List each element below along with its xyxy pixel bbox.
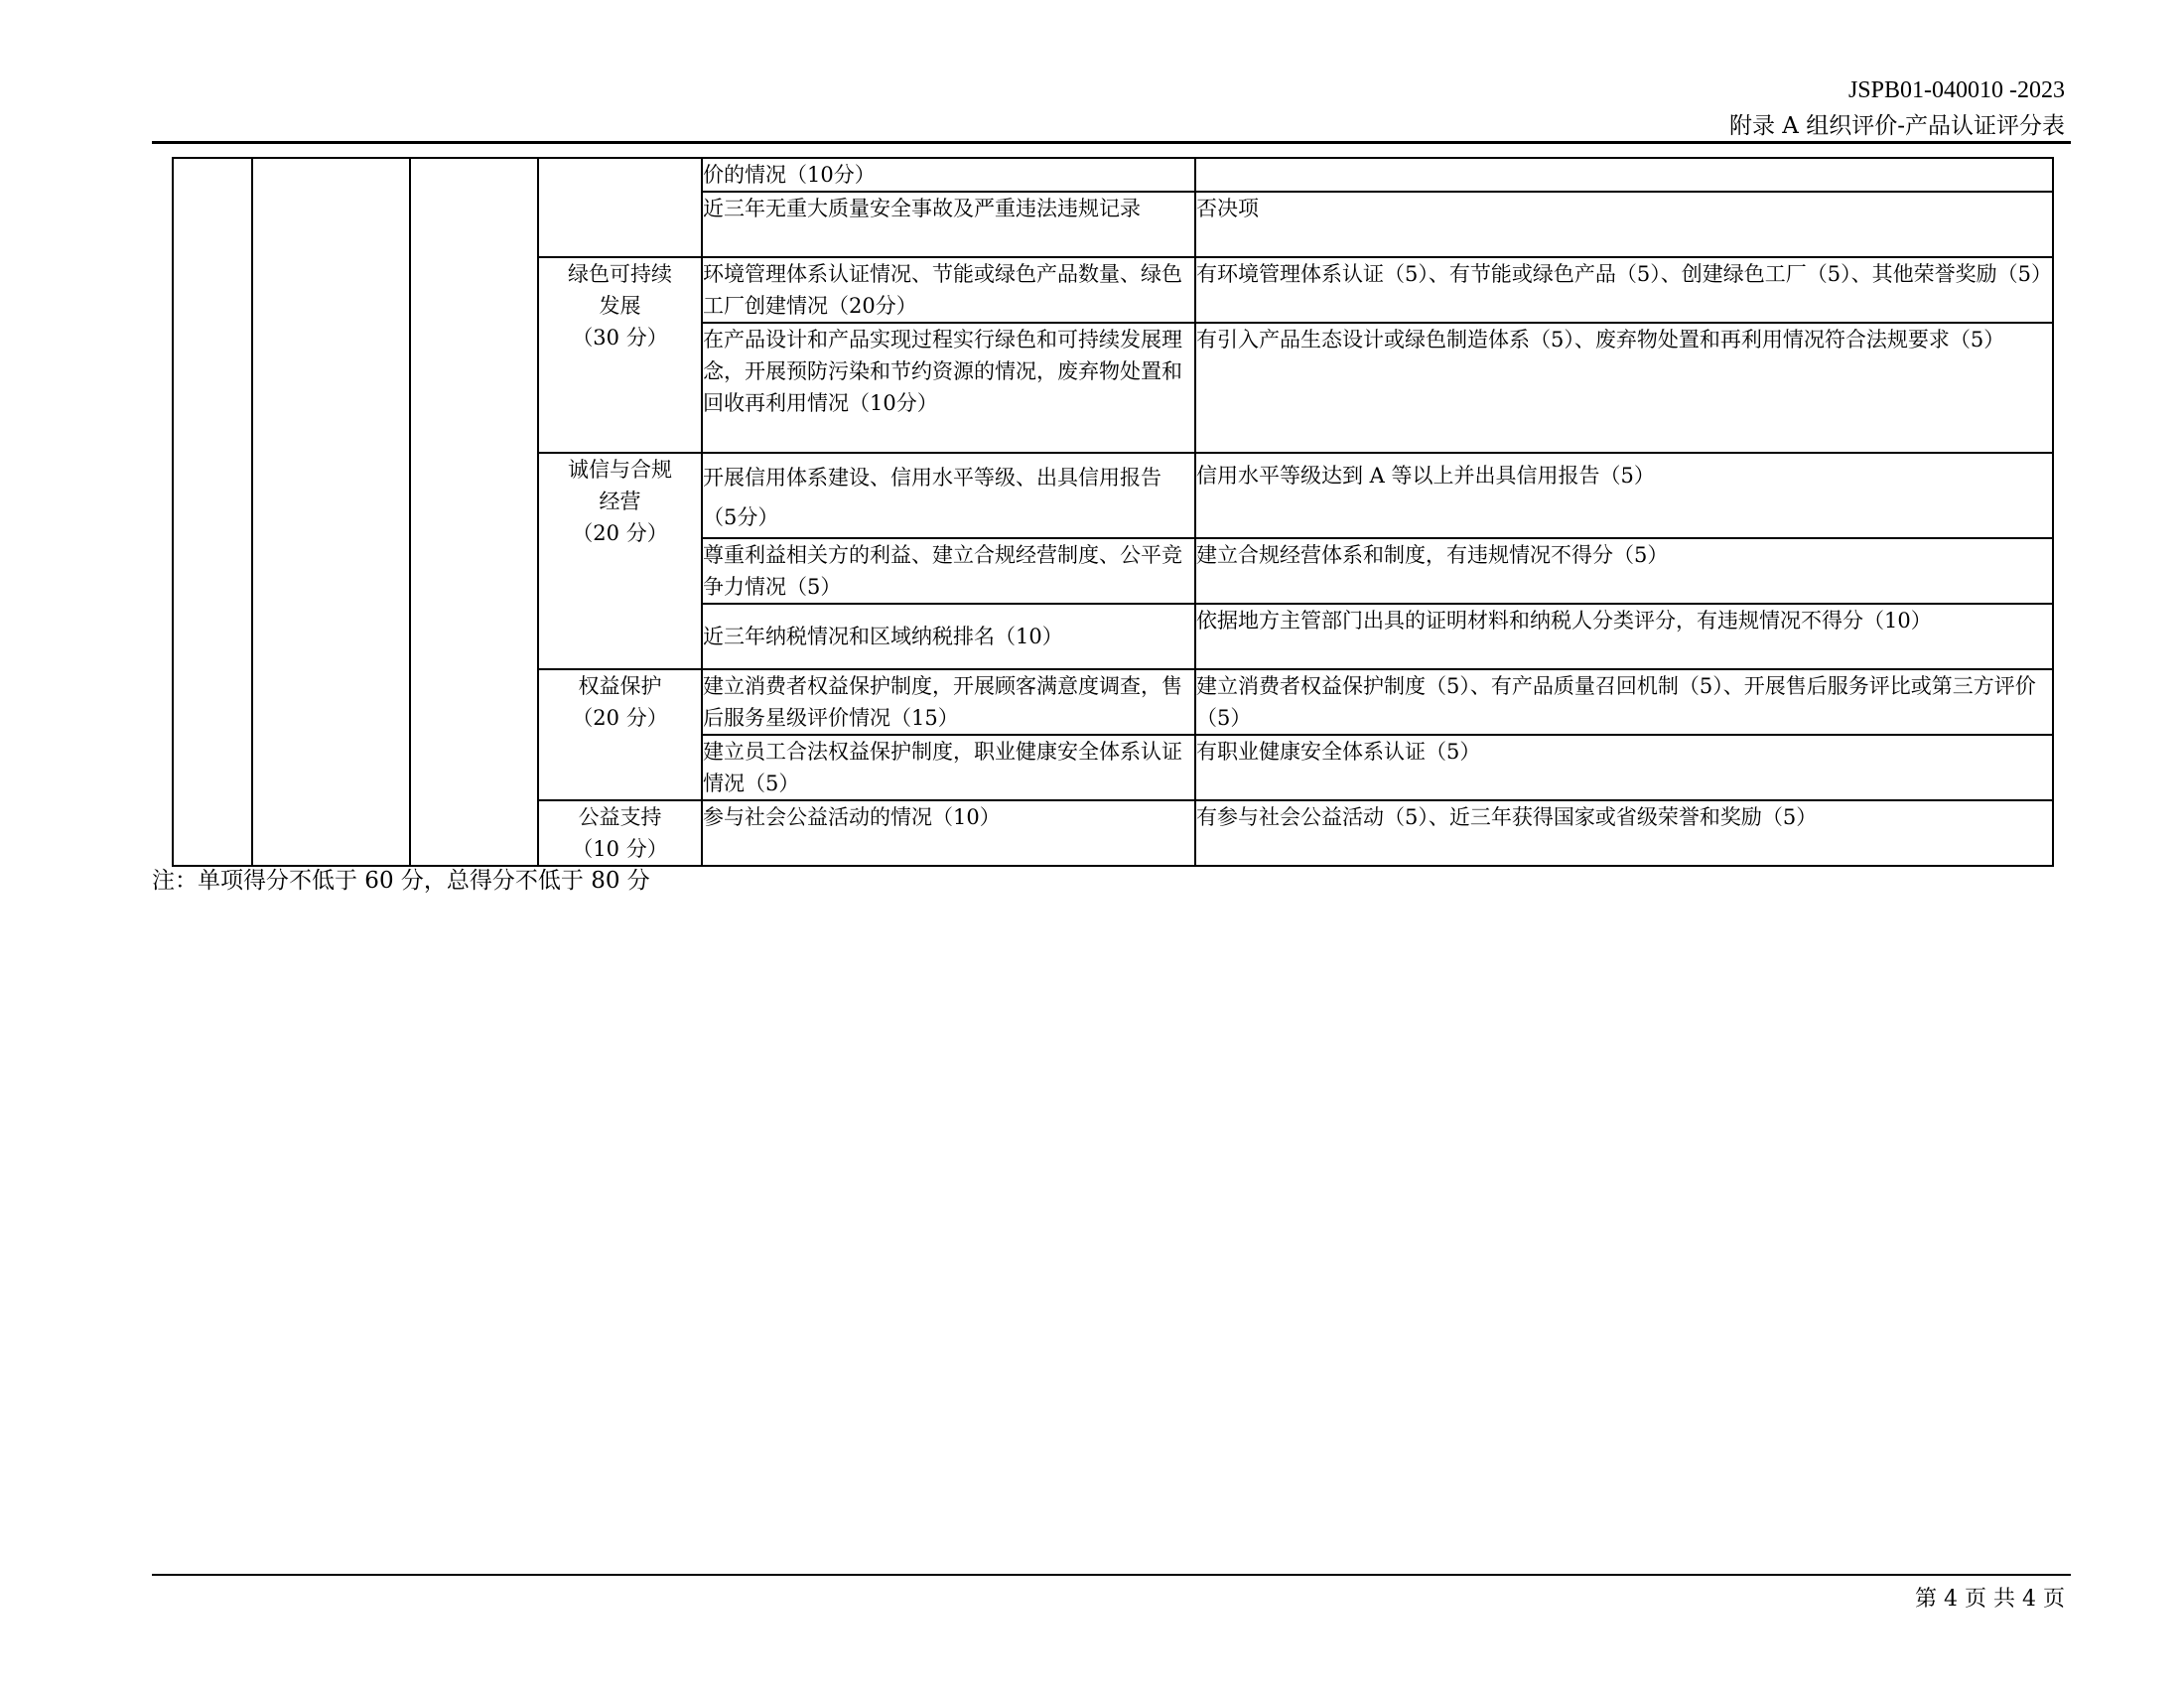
item-cell: 尊重利益相关方的利益、建立合规经营制度、公平竞争力情况（5）: [702, 538, 1195, 604]
item-cell: 近三年无重大质量安全事故及严重违法违规记录: [702, 192, 1195, 257]
category-line: （20 分）: [539, 517, 701, 549]
category-line: （20 分）: [539, 702, 701, 734]
item-cell: 环境管理体系认证情况、节能或绿色产品数量、绿色工厂创建情况（20分）: [702, 257, 1195, 323]
criteria-cell: 有参与社会公益活动（5）、近三年获得国家或省级荣誉和奖励（5）: [1195, 800, 2053, 866]
category-line: 诚信与合规: [539, 454, 701, 486]
category-cell: 权益保护 （20 分）: [538, 669, 702, 800]
blank-cell-col3: [410, 158, 538, 866]
table-row: 价的情况（10分）: [173, 158, 2053, 192]
item-cell: 在产品设计和产品实现过程实行绿色和可持续发展理念，开展预防污染和节约资源的情况，…: [702, 323, 1195, 453]
category-line: （30 分）: [539, 322, 701, 353]
item-cell: 建立员工合法权益保护制度，职业健康安全体系认证情况（5）: [702, 735, 1195, 800]
item-cell: 参与社会公益活动的情况（10）: [702, 800, 1195, 866]
header-divider: [152, 141, 2071, 144]
category-line: 公益支持: [539, 801, 701, 833]
document-code: JSPB01-040010 -2023: [1848, 77, 2065, 104]
item-cell: 开展信用体系建设、信用水平等级、出具信用报告（5分）: [702, 453, 1195, 538]
criteria-cell: 有引入产品生态设计或绿色制造体系（5）、废弃物处置和再利用情况符合法规要求（5）: [1195, 323, 2053, 453]
category-line: 权益保护: [539, 670, 701, 702]
document-title: 附录 A 组织评价-产品认证评分表: [1729, 107, 2065, 140]
item-cell: 近三年纳税情况和区域纳税排名（10）: [702, 604, 1195, 669]
criteria-cell: 建立合规经营体系和制度，有违规情况不得分（5）: [1195, 538, 2053, 604]
category-cell: 绿色可持续 发展 （30 分）: [538, 257, 702, 453]
criteria-cell: 有环境管理体系认证（5）、有节能或绿色产品（5）、创建绿色工厂（5）、其他荣誉奖…: [1195, 257, 2053, 323]
criteria-cell: 依据地方主管部门出具的证明材料和纳税人分类评分，有违规情况不得分（10）: [1195, 604, 2053, 669]
category-cell: 诚信与合规 经营 （20 分）: [538, 453, 702, 669]
criteria-cell: 否决项: [1195, 192, 2053, 257]
item-text: 开展信用体系建设、信用水平等级、出具信用报告（5分）: [703, 466, 1161, 529]
footer-divider: [152, 1574, 2071, 1576]
category-line: 绿色可持续: [539, 258, 701, 290]
blank-cell-col2: [252, 158, 410, 866]
criteria-cell: 建立消费者权益保护制度（5）、有产品质量召回机制（5）、开展售后服务评比或第三方…: [1195, 669, 2053, 735]
scoring-table: 价的情况（10分） 近三年无重大质量安全事故及严重违法违规记录 否决项 绿色可持…: [172, 157, 2054, 867]
category-line: 发展: [539, 290, 701, 322]
category-line: （10 分）: [539, 833, 701, 865]
item-cell: 建立消费者权益保护制度，开展顾客满意度调查，售后服务星级评价情况（15）: [702, 669, 1195, 735]
category-line: 经营: [539, 486, 701, 517]
criteria-cell: 有职业健康安全体系认证（5）: [1195, 735, 2053, 800]
category-cell: 公益支持 （10 分）: [538, 800, 702, 866]
item-cell: 价的情况（10分）: [702, 158, 1195, 192]
table-note: 注：单项得分不低于 60 分，总得分不低于 80 分: [152, 862, 650, 895]
page-number: 第 4 页 共 4 页: [1915, 1582, 2065, 1613]
blank-cell-col1: [173, 158, 252, 866]
category-cell: [538, 158, 702, 257]
criteria-cell: [1195, 158, 2053, 192]
criteria-cell: 信用水平等级达到 A 等以上并出具信用报告（5）: [1195, 453, 2053, 538]
